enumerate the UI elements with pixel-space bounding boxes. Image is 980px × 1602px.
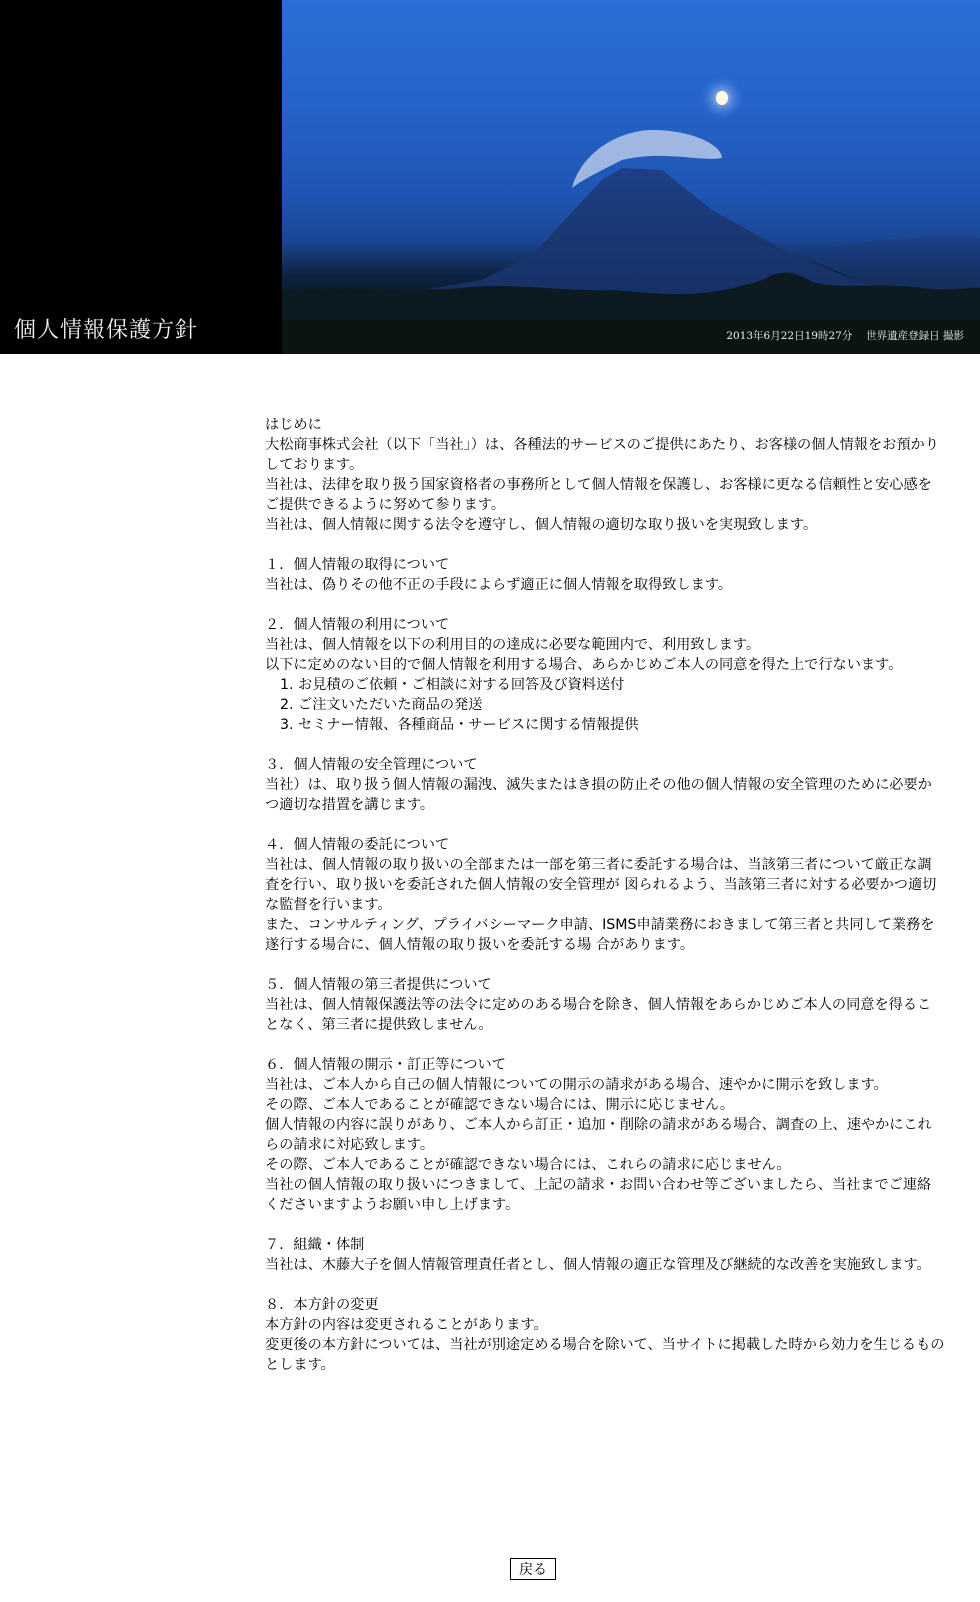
mount-fuji-image [282, 0, 980, 354]
section-paragraph: 当社は、個人情報保護法等の法令に定めのある場合を除き、個人情報をあらかじめご本人… [265, 995, 945, 1035]
intro-paragraph: 大松商事株式会社（以下「当社」）は、各種法的サービスのご提供にあたり、お客様の個… [265, 435, 945, 475]
section-title: ５．個人情報の第三者提供について [265, 975, 945, 995]
section-organization: ７．組織・体制 当社は、木藤大子を個人情報管理責任者とし、個人情報の適正な管理及… [265, 1235, 945, 1275]
section-title: ８．本方針の変更 [265, 1295, 945, 1315]
section-policy-changes: ８．本方針の変更 本方針の内容は変更されることがあります。 変更後の本方針につい… [265, 1295, 945, 1375]
intro-paragraph: 当社は、個人情報に関する法令を遵守し、個人情報の適切な取り扱いを実現致します。 [265, 515, 945, 535]
section-title: ７．組織・体制 [265, 1235, 945, 1255]
section-security: ３．個人情報の安全管理について 当社）は、取り扱う個人情報の漏洩、滅失またはき損… [265, 755, 945, 815]
photo-caption: 2013年6月22日19時27分 世界遺産登録日 撮影 [726, 328, 964, 343]
section-paragraph: 個人情報の内容に誤りがあり、ご本人から訂正・追加・削除の請求がある場合、調査の上… [265, 1115, 945, 1155]
section-title: １．個人情報の取得について [265, 555, 945, 575]
section-disclosure: ６．個人情報の開示・訂正等について 当社は、ご本人から自己の個人情報についての開… [265, 1055, 945, 1215]
section-outsourcing: ４．個人情報の委託について 当社は、個人情報の取り扱いの全部または一部を第三者に… [265, 835, 945, 955]
section-paragraph: 当社は、木藤大子を個人情報管理責任者とし、個人情報の適正な管理及び継続的な改善を… [265, 1255, 945, 1275]
section-acquisition: １．個人情報の取得について 当社は、偽りその他不正の手段によらず適正に個人情報を… [265, 555, 945, 595]
back-button[interactable]: 戻る [510, 1558, 556, 1580]
page-title: 個人情報保護方針 [14, 313, 198, 344]
section-paragraph: 以下に定めのない目的で個人情報を利用する場合、あらかじめご本人の同意を得た上で行… [265, 655, 945, 675]
intro-section: はじめに 大松商事株式会社（以下「当社」）は、各種法的サービスのご提供にあたり、… [265, 415, 945, 535]
intro-title: はじめに [265, 415, 945, 435]
usage-purpose-list: 1. お見積のご依頼・ご相談に対する回答及び資料送付 2. ご注文いただいた商品… [265, 675, 945, 735]
section-title: ２．個人情報の利用について [265, 615, 945, 635]
intro-paragraph: 当社は、法律を取り扱う国家資格者の事務所として個人情報を保護し、お客様に更なる信… [265, 475, 945, 515]
section-paragraph: 当社は、ご本人から自己の個人情報についての開示の請求がある場合、速やかに開示を致… [265, 1075, 945, 1095]
section-paragraph: 当社は、個人情報の取り扱いの全部または一部を第三者に委託する場合は、当該第三者に… [265, 855, 945, 915]
section-paragraph: その際、ご本人であることが確認できない場合には、開示に応じません。 [265, 1095, 945, 1115]
section-paragraph: 当社は、個人情報を以下の利用目的の達成に必要な範囲内で、利用致します。 [265, 635, 945, 655]
section-usage: ２．個人情報の利用について 当社は、個人情報を以下の利用目的の達成に必要な範囲内… [265, 615, 945, 735]
privacy-policy-content: はじめに 大松商事株式会社（以下「当社」）は、各種法的サービスのご提供にあたり、… [265, 415, 945, 1395]
hero-photo: 2013年6月22日19時27分 世界遺産登録日 撮影 [282, 0, 980, 354]
section-paragraph: 本方針の内容は変更されることがあります。 [265, 1315, 945, 1335]
section-paragraph: 変更後の本方針については、当社が別途定める場合を除いて、当サイトに掲載した時から… [265, 1335, 945, 1375]
section-paragraph: 当社は、偽りその他不正の手段によらず適正に個人情報を取得致します。 [265, 575, 945, 595]
section-title: ６．個人情報の開示・訂正等について [265, 1055, 945, 1075]
section-paragraph: 当社の個人情報の取り扱いにつきまして、上記の請求・お問い合わせ等ございましたら、… [265, 1175, 945, 1215]
section-paragraph: 当社）は、取り扱う個人情報の漏洩、滅失またはき損の防止その他の個人情報の安全管理… [265, 775, 945, 815]
header-banner: 2013年6月22日19時27分 世界遺産登録日 撮影 個人情報保護方針 [0, 0, 980, 354]
list-item: 3. セミナー情報、各種商品・サービスに関する情報提供 [280, 715, 945, 735]
section-paragraph: また、コンサルティング、プライバシーマーク申請、ISMS申請業務におきまして第三… [265, 915, 945, 955]
section-title: ３．個人情報の安全管理について [265, 755, 945, 775]
list-item: 1. お見積のご依頼・ご相談に対する回答及び資料送付 [280, 675, 945, 695]
list-item: 2. ご注文いただいた商品の発送 [280, 695, 945, 715]
section-paragraph: その際、ご本人であることが確認できない場合には、これらの請求に応じません。 [265, 1155, 945, 1175]
section-title: ４．個人情報の委託について [265, 835, 945, 855]
section-third-party: ５．個人情報の第三者提供について 当社は、個人情報保護法等の法令に定めのある場合… [265, 975, 945, 1035]
